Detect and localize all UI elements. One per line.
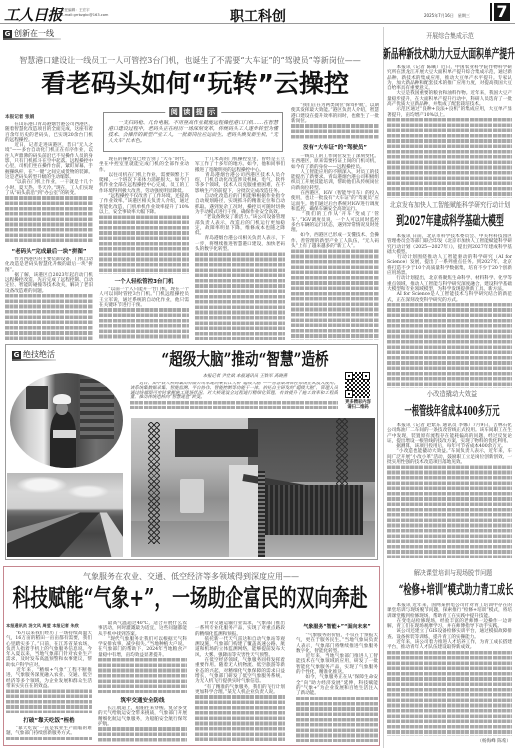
issue-date: 2025年7月16日星期三 (424, 13, 470, 19)
page-number: 7 (494, 3, 510, 21)
body-text: “气象服务的价值，不仅在于预报天气，更在于服务民生。”当地气象局负责人表示，气象… (296, 633, 378, 697)
weather-column-3: 针对交通运输行业需求，气象部门推出一系列专业化服务产品，实现了对重点路段的精细化… (195, 621, 285, 742)
brief-headline: 新品种新技术助力大豆大面积单产提升 (383, 48, 515, 61)
article-column-1b: 作为西港区的主要装卸设备，门机自动化改造是老码头智慧化升级的最后一块“拼图”。 … (5, 257, 93, 340)
body-text: “以前一个人只能开一台门机，现在一个人可以同时管控3台门机。”门机远程操控员王立… (99, 287, 189, 308)
feature-byline: 本报记者 尹仕斌 本报通讯员 王铁军 高晓燕 (203, 373, 288, 379)
photo-ladder (258, 471, 265, 557)
weather-subhead: 打破“靠天吃饭”桎梏 (6, 716, 92, 724)
weekday-text: 星期三 (458, 13, 470, 18)
body-text: 十几米高的门机操控室里，曾经是王立军工作了十多年的地方。如今，他和同事们搬进了宽… (195, 157, 285, 252)
qr-finder (345, 390, 353, 398)
section-underline (12, 359, 56, 361)
brief-body: 本报讯（记者 赵紫东 通讯员 李娜）7月9日，吉林石化公司炼油厂二车间的一条技改… (387, 423, 512, 558)
worker-photo (10, 373, 123, 468)
weather-column-1b: “靠天吃饭”一直是农业生产面临的难题，气象部门持续创新服务方式。 (6, 726, 92, 742)
reading-tip-char: 读 (182, 107, 192, 117)
editor-email: E-mail:grrbzgkc@163.com (61, 13, 108, 17)
body-text: 作为西港区的主要装卸设备，门机自动化改造是老码头智慧化升级的最后一块“拼图”。 … (5, 257, 93, 294)
article-subhead: 没有“大车证”的“驾驶员” (291, 143, 379, 151)
brief-body: 本报讯（记者 陈曦）近日，中国农业科学院作物科学研究所在黑龙江开展大豆大面积单产… (387, 65, 512, 198)
article-column-1a: 在山东港口青岛港烟台港公司西港区，随着智慧化改造项目的全面完成，这座有着百余年历… (5, 122, 93, 244)
article-column-4b: 一线员工的工作岗位发生了深刻变化。在西港区，原来需要持证上岗的门机司机，如今有了… (291, 154, 379, 340)
article-subhead: “老码头”完成最后一块“拼图” (5, 247, 93, 255)
body-text: 针对交通运输行业需求，气象部门推出一系列专业化服务产品，实现了对重点路段的精细化… (195, 621, 285, 695)
qr-finder (362, 372, 370, 380)
photo-sign (26, 386, 49, 409)
brief-headline: 一根管线年省成本400多万元 (405, 405, 500, 418)
section-label-text: 绝技绝活 (23, 350, 55, 359)
reading-tip-title: 阅 读 提 示 (165, 107, 221, 117)
section-label-text: 创新在一线 (14, 29, 54, 38)
qr-caption: 更多精彩内容 请扫二维码 (340, 400, 376, 410)
body-text: 近日，由中铁大桥局集团有限公司承建的某长江大桥“超级大脑”——智慧梁场管控系统正… (130, 382, 338, 401)
photo-scaffold-left (148, 422, 160, 544)
body-text: “6月以来我们经历了一场持续高温天气，16万亩的稻田一亩亩都有需要，我们心里踏实… (6, 631, 92, 689)
body-text: 本报讯（记者 赵紫东 通讯员 李娜）7月9日，吉林石化公司炼油厂二车间的一条技改… (387, 423, 512, 465)
photo-helmet (53, 394, 71, 404)
photo-tablet (53, 430, 76, 438)
brief-headline: 到2027年建成科学基础大模型 (396, 215, 504, 228)
body-text: 最高气温超过40℃，适合开展什么农事活动，何时灌溉最为适宜，这些问题都能从手机中… (98, 621, 187, 658)
weather-column-2a: 最高气温超过40℃，适合开展什么农事活动，何时灌溉最为适宜，这些问题都能从手机中… (98, 621, 187, 693)
photo-pier-left (180, 479, 204, 512)
photo-worker-body (50, 411, 76, 468)
weather-column-1a: “6月以来我们经历了一场持续高温天气，16万亩的稻田一亩亩都有需要，我们心里踏实… (6, 631, 92, 713)
photo-trees (248, 418, 375, 482)
weather-subhead: 筑牢交通安全防线 (98, 696, 187, 704)
body-text: 本报讯 日前，北京市科学技术委员会、中关村科技园区管理委员会等部门联合印发《北京… (387, 234, 512, 303)
column-divider (383, 27, 384, 748)
body-text: 长江航道上，船舶往来穿梭。复杂多变的天气给航运安全带来挑战，气象部门开展精细化航… (98, 706, 187, 727)
canal-aerial-photo (7, 473, 123, 557)
article-kicker: 智慧港口建设让一线员工一人可管控3台门机，也诞生了不需要“大车证”的“驾驶员”等… (19, 57, 360, 65)
article-byline: 本报记者 张娟 (5, 114, 34, 120)
article-headline: 看老码头如何“玩转”云操控 (41, 71, 349, 96)
brief-kicker: 北京发布加快人工智能赋能科学研究行动计划 (390, 202, 510, 209)
brief-body: 本报讯 日前，北京市科学技术委员会、中关村科技园区管理委员会等部门联合印发《北京… (387, 234, 512, 388)
body-text: 在山东港口青岛港烟台港公司西港区，随着智慧化改造项目的全面完成，这座有着百余年历… (5, 122, 93, 196)
section-icon: G (3, 30, 12, 38)
body-text: 本报讯 近年来，国网某供电公司针对青工培训中存在的课堂培训与现场脱节问题，探索推… (387, 603, 512, 651)
body-text: 本报讯（记者 陈曦）近日，中国农业科学院作物科学研究所在黑龙江开展大豆大面积单产… (387, 65, 512, 118)
header-divider (0, 23, 515, 24)
feature-lead: 近日，由中铁大桥局集团有限公司承建的某长江大桥“超级大脑”——智慧梁场管控系统正… (130, 382, 338, 411)
qr-code (345, 372, 370, 398)
article-column-2a: 现在的操控员已经告别了“大车”时代，坐在中控室里就能完成门机的全部作业动作。 以… (99, 157, 189, 274)
brief-kicker: 小改造撬动大效益 (427, 391, 477, 398)
reading-tip-char: 示 (207, 107, 217, 117)
weather-column-4: “气象服务的价值，不仅在于预报天气，更在于服务民生。”当地气象局负责人表示，气象… (296, 633, 378, 742)
body-text: 一线员工的工作岗位发生了深刻变化。在西港区，原来需要持证上岗的门机司机，如今有了… (291, 154, 379, 249)
body-text: 现在的操控员已经告别了“大车”时代，坐在中控室里就能完成门机的全部作业动作。 以… (99, 157, 189, 215)
brief-signature: （杨海峰 陈希） (477, 738, 511, 744)
bridge-construction-photo (131, 418, 375, 557)
brief-kicker: 解决课堂培训与现场脱节问题 (414, 570, 492, 577)
reading-tip-box: 阅 读 提 示 一支扫码枪、几台电脑，不用登高作业就能远程操控港口门机……在智慧… (103, 112, 283, 152)
photo-girder-top (175, 429, 258, 457)
article-column-3: 十几米高的门机操控室里，曾经是王立军工作了十多年的地方。如今，他和同事们搬进了宽… (195, 157, 285, 340)
feature-headline: “超级大脑”推动“智慧”造桥 (161, 352, 328, 369)
body-text: “我们正在为两类岗位‘保驾护航’，以期使其发挥最大效能。”港区负责人介绍，智慧港… (291, 103, 379, 124)
photo-formwork (265, 485, 363, 535)
newspaper-logo: 工人日报 (4, 4, 62, 25)
photo-machinery (80, 379, 114, 440)
section-label-innovation: G 创新在一线 (3, 29, 61, 40)
section-icon: G (12, 351, 21, 359)
brief-kicker: 开展综合集成示范 (426, 33, 474, 40)
section-label-skills: G 绝技绝活 (12, 350, 56, 361)
body-text: “靠天吃饭”一直是农业生产面临的难题，气象部门持续创新服务方式。 (6, 726, 92, 737)
date-text: 2025年7月16日 (424, 13, 454, 18)
page-number-bar (490, 3, 492, 21)
weather-headline: 科技赋能“气象+”，一场助企富民的双向奔赴 (13, 586, 368, 610)
weather-subhead: 气象服务“智能+”“面向未来” (296, 623, 378, 630)
weather-byline: 本报通讯员 汤文风 周莹 本报记者 朱欣 (6, 623, 79, 629)
article-column-2b: “以前一个人只能开一台门机，现在一个人可以同时管控3台门机。”门机远程操控员王立… (99, 287, 189, 340)
article-subhead: 一个人轻松管控3台门机 (99, 277, 189, 285)
weather-kicker: 气象服务在农业、交通、低空经济等多领域得到深度应用—— (83, 573, 299, 581)
weather-column-2b: 长江航道上，船舶往来穿梭。复杂多变的天气给航运安全带来挑战，气象部门开展精细化航… (98, 706, 187, 742)
reading-tip-char: 提 (194, 107, 204, 117)
brief-body: 本报讯 近年来，国网某供电公司针对青工培训中存在的课堂培训与现场脱节问题，探索推… (387, 603, 512, 736)
brief-headline: “检修+培训”模式助力青工成长 (399, 584, 514, 597)
qr-caption-line: 请扫二维码 (340, 405, 376, 410)
reading-tip-char: 阅 (169, 107, 179, 117)
reading-tip-text: 一支扫码枪、几台电脑，不用登高作业就能远程操控港口门机……在智慧港口建设过程中，… (108, 121, 278, 145)
section-underline (3, 38, 61, 40)
article-column-4a: “我们正在为两类岗位‘保驾护航’，以期使其发挥最大效能。”港区负责人介绍，智慧港… (291, 103, 379, 140)
qr-finder (345, 372, 353, 380)
